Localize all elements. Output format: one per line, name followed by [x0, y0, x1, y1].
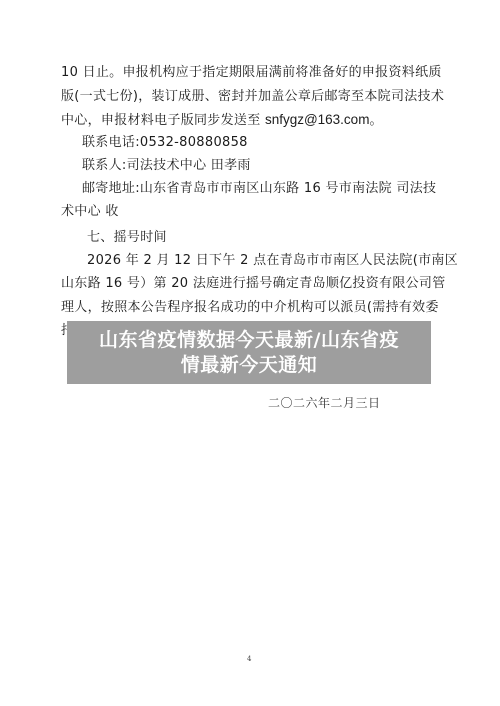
body-line-3-prefix: 中心，申报材料电子版同步发送至	[61, 113, 265, 128]
title-overlay-banner: 山东省疫情数据今天最新/山东省疫 情最新今天通知	[67, 321, 431, 384]
section-heading-lottery-time: 七、摇号时间	[87, 230, 167, 246]
body-line-2: 版(一式七份)，装订成册、密封并加盖公章后邮寄至本院司法技术	[61, 89, 444, 105]
body-line-lottery-2: 山东路 16 号）第 20 法庭进行摇号确定青岛顺亿投资有限公司管	[61, 276, 446, 292]
banner-title-line-1: 山东省疫情数据今天最新/山东省疫	[99, 328, 399, 353]
body-line-3: 中心，申报材料电子版同步发送至 snfygz@163.com。	[61, 112, 383, 129]
body-line-lottery-3: 理人，按照本公告程序报名成功的中介机构可以派员(需持有效委	[61, 300, 439, 316]
body-line-1: 10 日止。申报机构应于指定期限届满前将准备好的申报资料纸质	[61, 65, 442, 81]
body-line-lottery-1: 2026 年 2 月 12 日下午 2 点在青岛市市南区人民法院(市南区	[87, 253, 458, 269]
mailing-address-cont: 术中心 收	[61, 204, 119, 220]
mailing-address: 邮寄地址:山东省青岛市市南区山东路 16 号市南法院 司法技	[82, 181, 436, 197]
document-date: 二〇二六年二月三日	[268, 395, 381, 411]
contact-person: 联系人:司法技术中心 田孝雨	[82, 158, 251, 174]
body-line-3-suffix: 。	[369, 113, 382, 128]
document-page: 10 日止。申报机构应于指定期限届满前将准备好的申报资料纸质 版(一式七份)，装…	[0, 0, 500, 706]
email-address: snfygz@163.com	[265, 112, 370, 127]
page-number: 4	[247, 654, 251, 664]
contact-phone: 联系电话:0532-80880858	[82, 135, 248, 151]
banner-title-line-2: 情最新今天通知	[181, 353, 318, 378]
